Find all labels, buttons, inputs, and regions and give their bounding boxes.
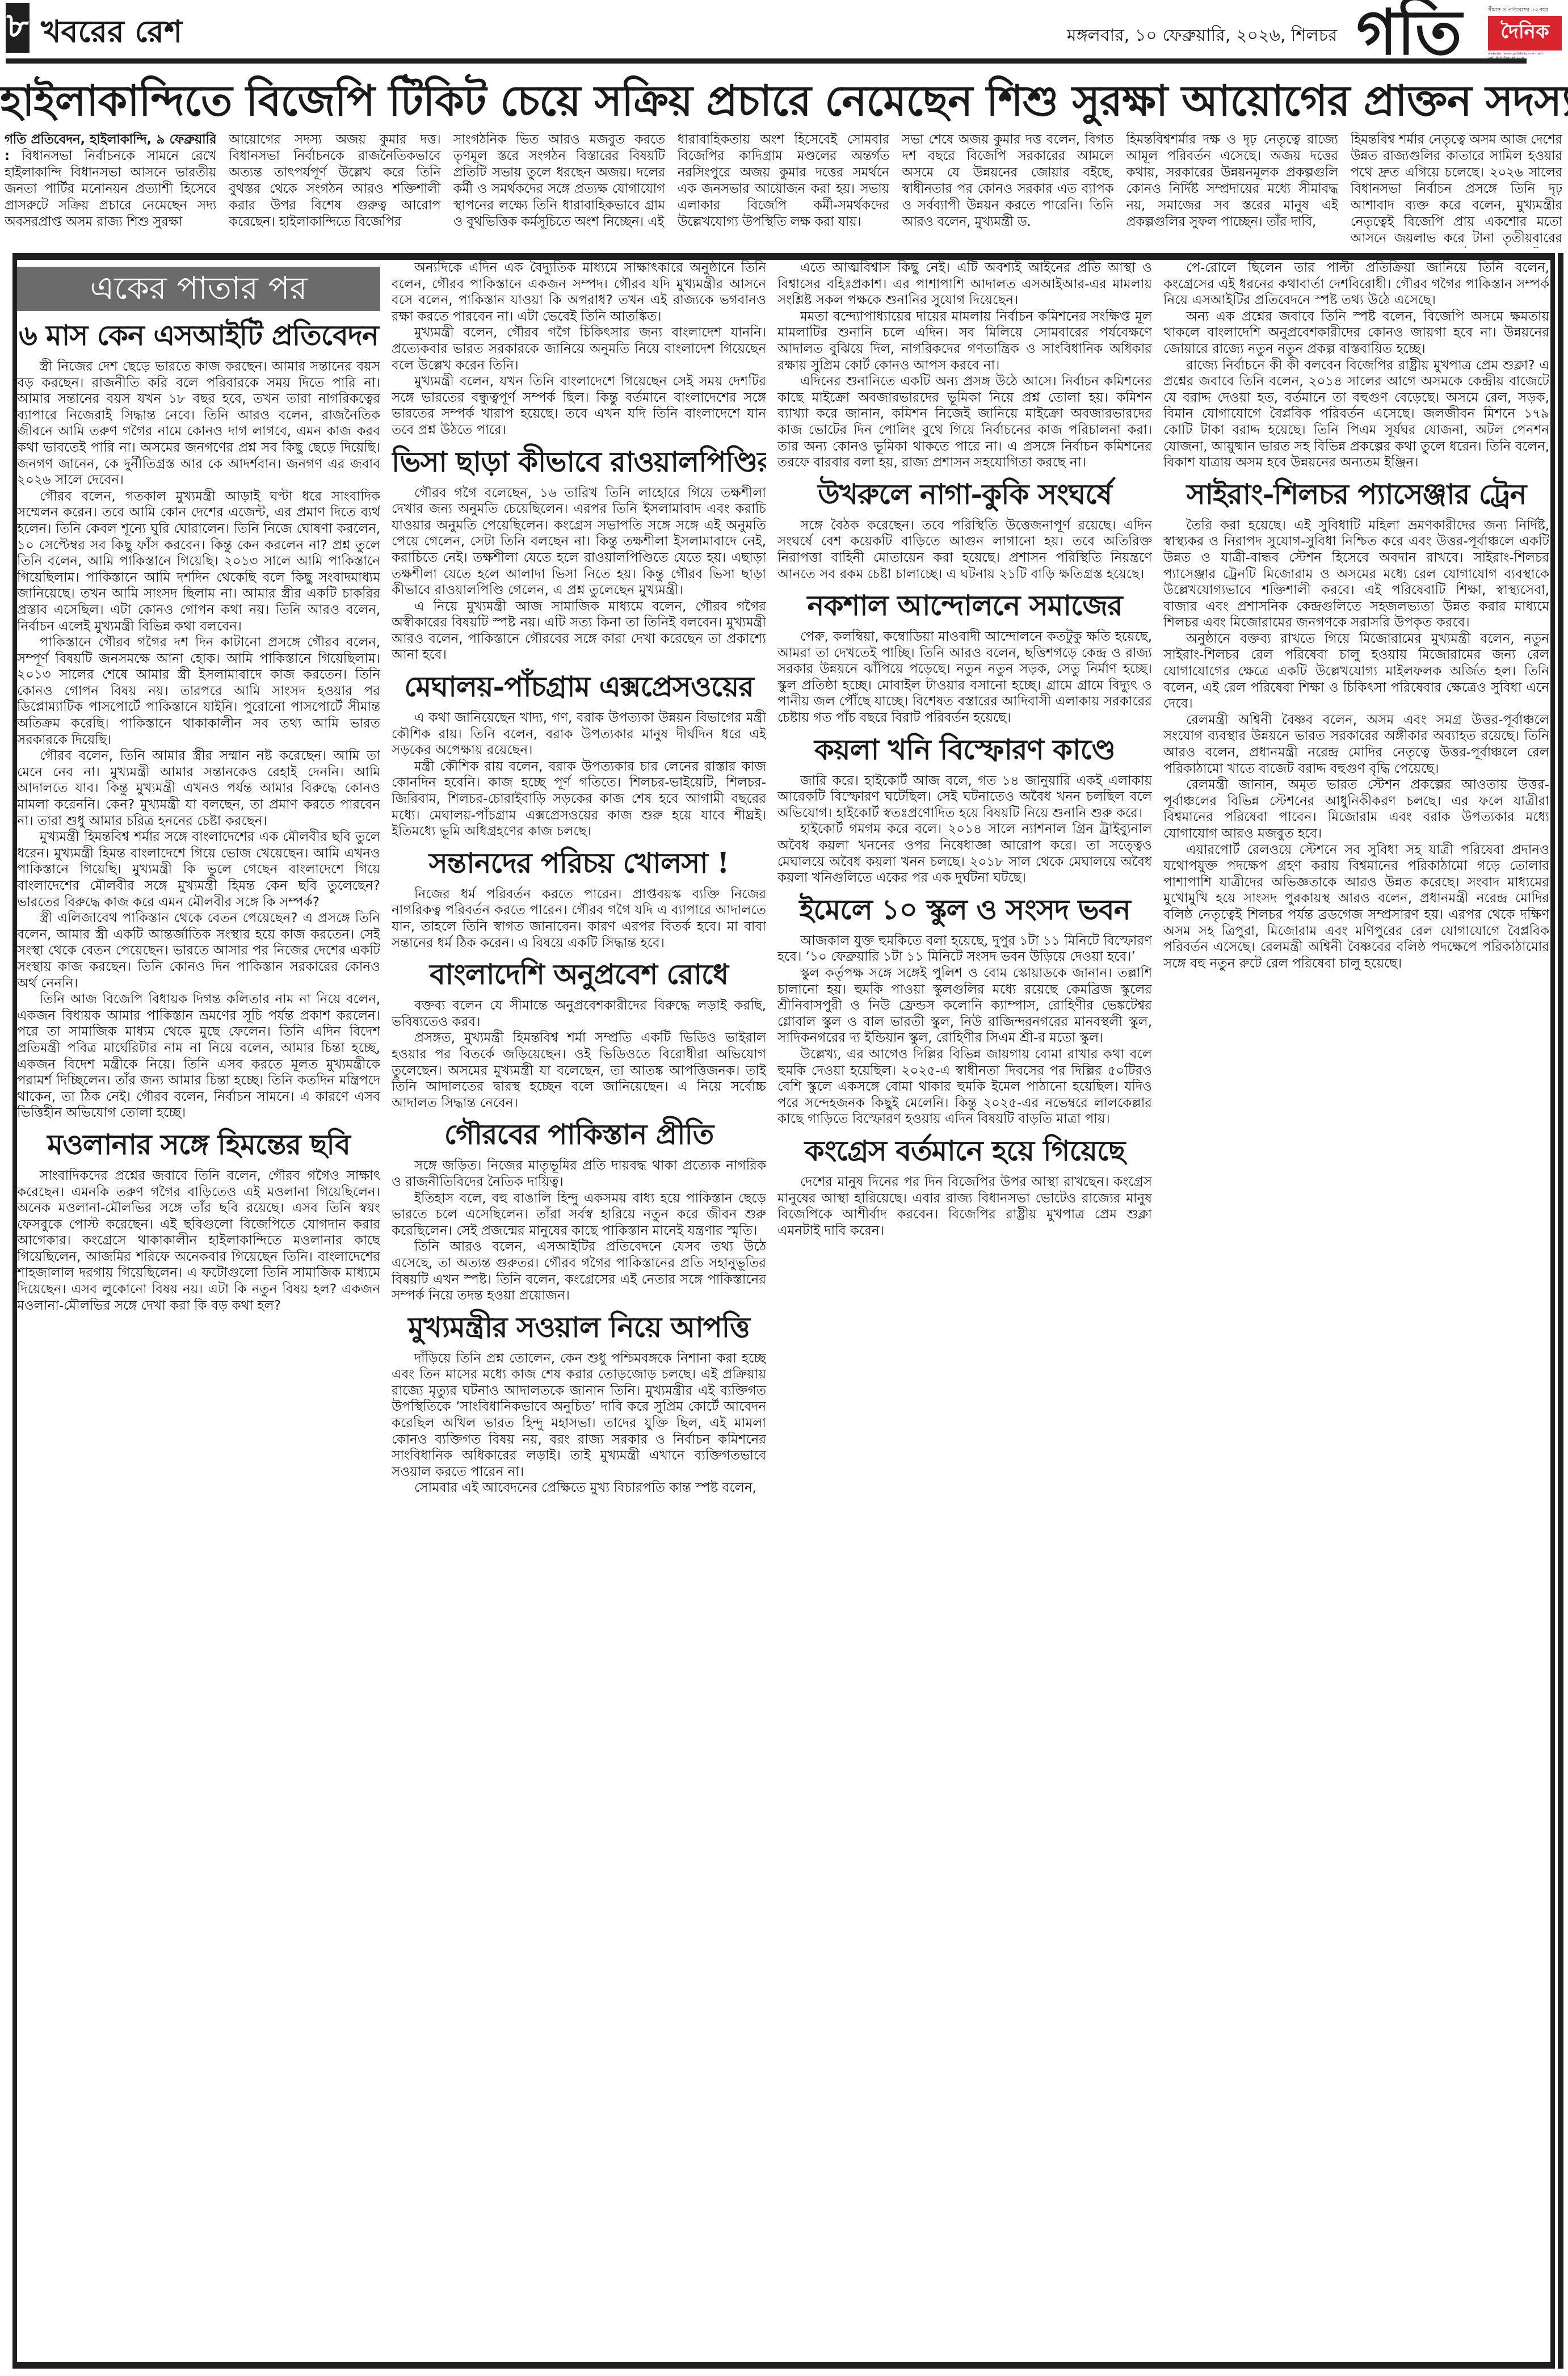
brand-tagline: সীমান্ত ও প্রতিবেশের ৫৩ বছর (1488, 6, 1562, 14)
article-paragraph: মন্ত্রী কৌশিক রায় বলেন, বরাক উপত্যকার চ… (392, 759, 766, 840)
column-1: একের পাতার পর ৬ মাস কেন এসআইটি প্রতিবেদন… (17, 260, 380, 2360)
article-paragraph: আজকাল যুক্ত হুমকিতে বলা হয়েছে, দুপুর ১ট… (777, 933, 1152, 965)
article-paragraph: অনুষ্ঠানে বক্তব্য রাখতে গিয়ে মিজোরামের … (1163, 631, 1549, 712)
article-paragraph: এয়ারপোর্ট রেলওয়ে স্টেশনে সব সুবিধা সহ … (1163, 842, 1549, 972)
article-paragraph: স্ত্রী নিজের দেশ ছেড়ে ভারতে কাজ করছেন। … (17, 359, 380, 489)
article-paragraph: জারি করে। হাইকোর্ট আজ বলে, গত ১৪ জানুয়া… (777, 773, 1152, 822)
article-paragraph: এ কথা জানিয়েছেন খাদ্য, গণ, বরাক উপত্যকা… (392, 710, 766, 759)
article-paragraph: দেশের মানুষ দিনের পর দিন বিজেপির উপর আস্… (777, 1174, 1152, 1239)
article-paragraph: স্কুল কর্তৃপক্ষ সঙ্গে সঙ্গেই পুলিশ ও বোম… (777, 965, 1152, 1046)
brand-contact: website: www.gatidaily.in e-mail: gatida… (1488, 52, 1562, 60)
column-3: এতে আত্মবিশ্বাস কিছু নেই। এটি অবশ্যই আইন… (777, 260, 1152, 2360)
article-paragraph: গৌরব গগৈ বলেছেন, ১৬ তারিখ তিনি লাহোরে গি… (392, 485, 766, 599)
lead-column: ধারাবাহিকতায় অংশ হিসেবেই সোমবার বিজেপির… (678, 132, 889, 248)
article-paragraph: মুখ্যমন্ত্রী বলেন, যখন তিনি বাংলাদেশে গি… (392, 373, 766, 438)
article-paragraph: এ নিয়ে মুখ্যমন্ত্রী আজ সামাজিক মাধ্যমে … (392, 599, 766, 663)
lead-column: আয়োগের সদস্য অজয় কুমার দত্ত। বিধানসভা … (229, 132, 440, 248)
article-headline: উখরুলে নাগা-কুকি সংঘর্ষে (777, 476, 1152, 513)
lead-text: বিধানসভা নির্বাচনকে সামনে রেখে হাইলাকান্… (5, 149, 216, 229)
frame-right-bar (1558, 253, 1563, 2369)
lead-column: সাংগঠনিক ভিত আরও মজবুত করতে তৃণমূল স্তরে… (453, 132, 665, 248)
article-headline: গৌরবের পাকিস্তান প্রীতি (392, 1116, 766, 1153)
article-paragraph: রেলমন্ত্রী জানান, অমৃত ভারত স্টেশন প্রকল… (1163, 777, 1549, 842)
masthead: ৮ খবরের রেশ মঙ্গলবার, ১০ ফেব্রুয়ারি, ২০… (0, 0, 1568, 67)
page-number: ৮ (6, 3, 30, 53)
article-paragraph: গৌরব বলেন, তিনি আমার স্ত্রীর সম্মান নষ্ট… (17, 748, 380, 829)
article-paragraph: নিজের ধর্ম পরিবর্তন করতে পারেন। প্রাপ্তব… (392, 886, 766, 951)
article-paragraph: স্ত্রী এলিজাবেথ পাকিস্তান থেকে বেতন পেয়… (17, 910, 380, 991)
article-paragraph: অন্য এক প্রশ্নের জবাবে তিনি স্পষ্ট বলেন,… (1163, 309, 1549, 358)
article-headline: কংগ্রেস বর্তমানে হয়ে গিয়েছে (777, 1132, 1152, 1170)
article-paragraph: এতে আত্মবিশ্বাস কিছু নেই। এটি অবশ্যই আইন… (777, 260, 1152, 309)
brand-name: দৈনিক (1488, 16, 1562, 51)
section-name: খবরের রেশ (41, 8, 182, 59)
lead-column: হিমন্তবিশ্বশর্মার দক্ষ ও দৃঢ় নেতৃত্বে র… (1126, 132, 1338, 248)
article-headline: সন্তানদের পরিচয় খোলসা ! (392, 844, 766, 882)
article-paragraph: সাংবাদিকদের প্রশ্নের জবাবে তিনি বলেন, গৌ… (17, 1168, 380, 1314)
article-paragraph: সঙ্গে জড়িত। নিজের মাতৃভূমির প্রতি দায়ব… (392, 1158, 766, 1190)
lead-column: সভা শেষে অজয় কুমার দত্ত বলেন, বিগত দশ ব… (902, 132, 1113, 248)
article-headline: ৬ মাস কেন এসআইটি প্রতিবেদন (17, 317, 380, 354)
article-paragraph: হাইকোর্ট গমগম করে বলে। ২০১৪ সালে ন্যাশনা… (777, 821, 1152, 886)
article-paragraph: ইতিহাস বলে, বহু বাঙালি হিন্দু একসময় বাধ… (392, 1191, 766, 1239)
lead-column: হিমন্তবিশ্ব শর্মার নেতৃত্বে অসম আজ দেশের… (1351, 132, 1562, 248)
article-paragraph: উল্লেখ্য, এর আগেও দিল্লির বিভিন্ন জায়গা… (777, 1046, 1152, 1128)
article-headline: মুখ্যমন্ত্রীর সওয়াল নিয়ে আপত্তি (392, 1309, 766, 1346)
article-headline: সাইরাং-শিলচর প্যাসেঞ্জার ট্রেন (1163, 476, 1549, 513)
article-headline: ইমেলে ১০ স্কুল ও সংসদ ভবন (777, 891, 1152, 928)
article-paragraph: অন্যদিকে এদিন এক বৈদ্যুতিক মাধ্যমে সাক্ষ… (392, 260, 766, 325)
column-4: পে-রোলে ছিলেন তার পাল্টা প্রতিক্রিয়া জা… (1163, 260, 1549, 2360)
article-paragraph: মমতা বন্দ্যোপাধ্যায়ের দায়ের মামলায় নি… (777, 309, 1152, 373)
dateline: মঙ্গলবার, ১০ ফেব্রুয়ারি, ২০২৬, শিলচর (1067, 22, 1337, 51)
banner-headline: হাইলাকান্দিতে বিজেপি টিকিট চেয়ে সক্রিয়… (0, 69, 1568, 126)
article-headline: মওলানার সঙ্গে হিমন্তের ছবি (17, 1126, 380, 1163)
article-paragraph: মুখ্যমন্ত্রী বলেন, গৌরব গগৈ চিকিৎসার জন্… (392, 325, 766, 373)
brand-box: সীমান্ত ও প্রতিবেশের ৫৩ বছর দৈনিক websit… (1488, 6, 1562, 56)
article-paragraph: দাঁড়িয়ে তিনি প্রশ্ন তোলেন, কেন শুধু পশ… (392, 1351, 766, 1481)
article-headline: মেঘালয়-পাঁচগ্রাম এক্সপ্রেসওয়ের (392, 668, 766, 705)
article-paragraph: এদিনের শুনানিতে একটি অন্য প্রসঙ্গ উঠে আস… (777, 373, 1152, 471)
article-paragraph: মুখ্যমন্ত্রী হিমন্তবিশ্ব শর্মার সঙ্গে বা… (17, 829, 380, 910)
article-paragraph: পেরু, কলম্বিয়া, কম্বোডিয়া মাওবাদী আন্দ… (777, 629, 1152, 726)
section-kicker: একের পাতার পর (17, 267, 380, 311)
article-paragraph: তৈরি করা হয়েছে। এই সুবিধাটি মহিলা ভ্রমণ… (1163, 518, 1549, 631)
article-paragraph: তিনি আজ বিজেপি বিধায়ক দিগন্ত কলিতার নাম… (17, 991, 380, 1121)
article-headline: ভিসা ছাড়া কীভাবে রাওয়ালপিণ্ডির (392, 443, 766, 481)
article-paragraph: সঙ্গে বৈঠক করেছেন। তবে পরিস্থিতি উত্তেজন… (777, 518, 1152, 582)
article-headline: বাংলাদেশি অনুপ্রবেশ রোধে (392, 956, 766, 993)
article-paragraph: রেলমন্ত্রী অশ্বিনী বৈষ্ণব বলেন, অসম এবং … (1163, 712, 1549, 777)
lead-column: গতি প্রতিবেদন, হাইলাকান্দি, ৯ ফেব্রুয়ার… (5, 132, 216, 248)
article-paragraph: গৌরব বলেন, গতকাল মুখ্যমন্ত্রী আড়াই ঘণ্ট… (17, 489, 380, 634)
article-paragraph: বক্তব্য বলেন যে সীমান্তে অনুপ্রবেশকারীদে… (392, 998, 766, 1030)
continued-section: একের পাতার পর ৬ মাস কেন এসআইটি প্রতিবেদন… (17, 260, 1549, 2360)
newspaper-logo: গতি (1356, 1, 1462, 64)
article-paragraph: পাকিস্তানে গৌরব গগৈর দশ দিন কাটানো প্রসঙ… (17, 634, 380, 748)
article-paragraph: রাজ্যে নির্বাচনে কী কী বলবেন বিজেপির রাষ… (1163, 358, 1549, 471)
lead-story: গতি প্রতিবেদন, হাইলাকান্দি, ৯ ফেব্রুয়ার… (5, 132, 1562, 248)
masthead-rule (6, 58, 1527, 64)
article-headline: কয়লা খনি বিস্ফোরণ কাণ্ডে (777, 731, 1152, 768)
article-headline: নকশাল আন্দোলনে সমাজের (777, 587, 1152, 624)
article-paragraph: সোমবার এই আবেদনের প্রেক্ষিতে মুখ্য বিচার… (392, 1480, 766, 1496)
article-paragraph: প্রসঙ্গত, মুখ্যমন্ত্রী হিমন্তবিশ্ব শর্মা… (392, 1030, 766, 1111)
column-2: অন্যদিকে এদিন এক বৈদ্যুতিক মাধ্যমে সাক্ষ… (392, 260, 766, 2360)
article-paragraph: পে-রোলে ছিলেন তার পাল্টা প্রতিক্রিয়া জা… (1163, 260, 1549, 309)
article-paragraph: তিনি আরও বলেন, এসআইটির প্রতিবেদনে যেসব ত… (392, 1239, 766, 1303)
